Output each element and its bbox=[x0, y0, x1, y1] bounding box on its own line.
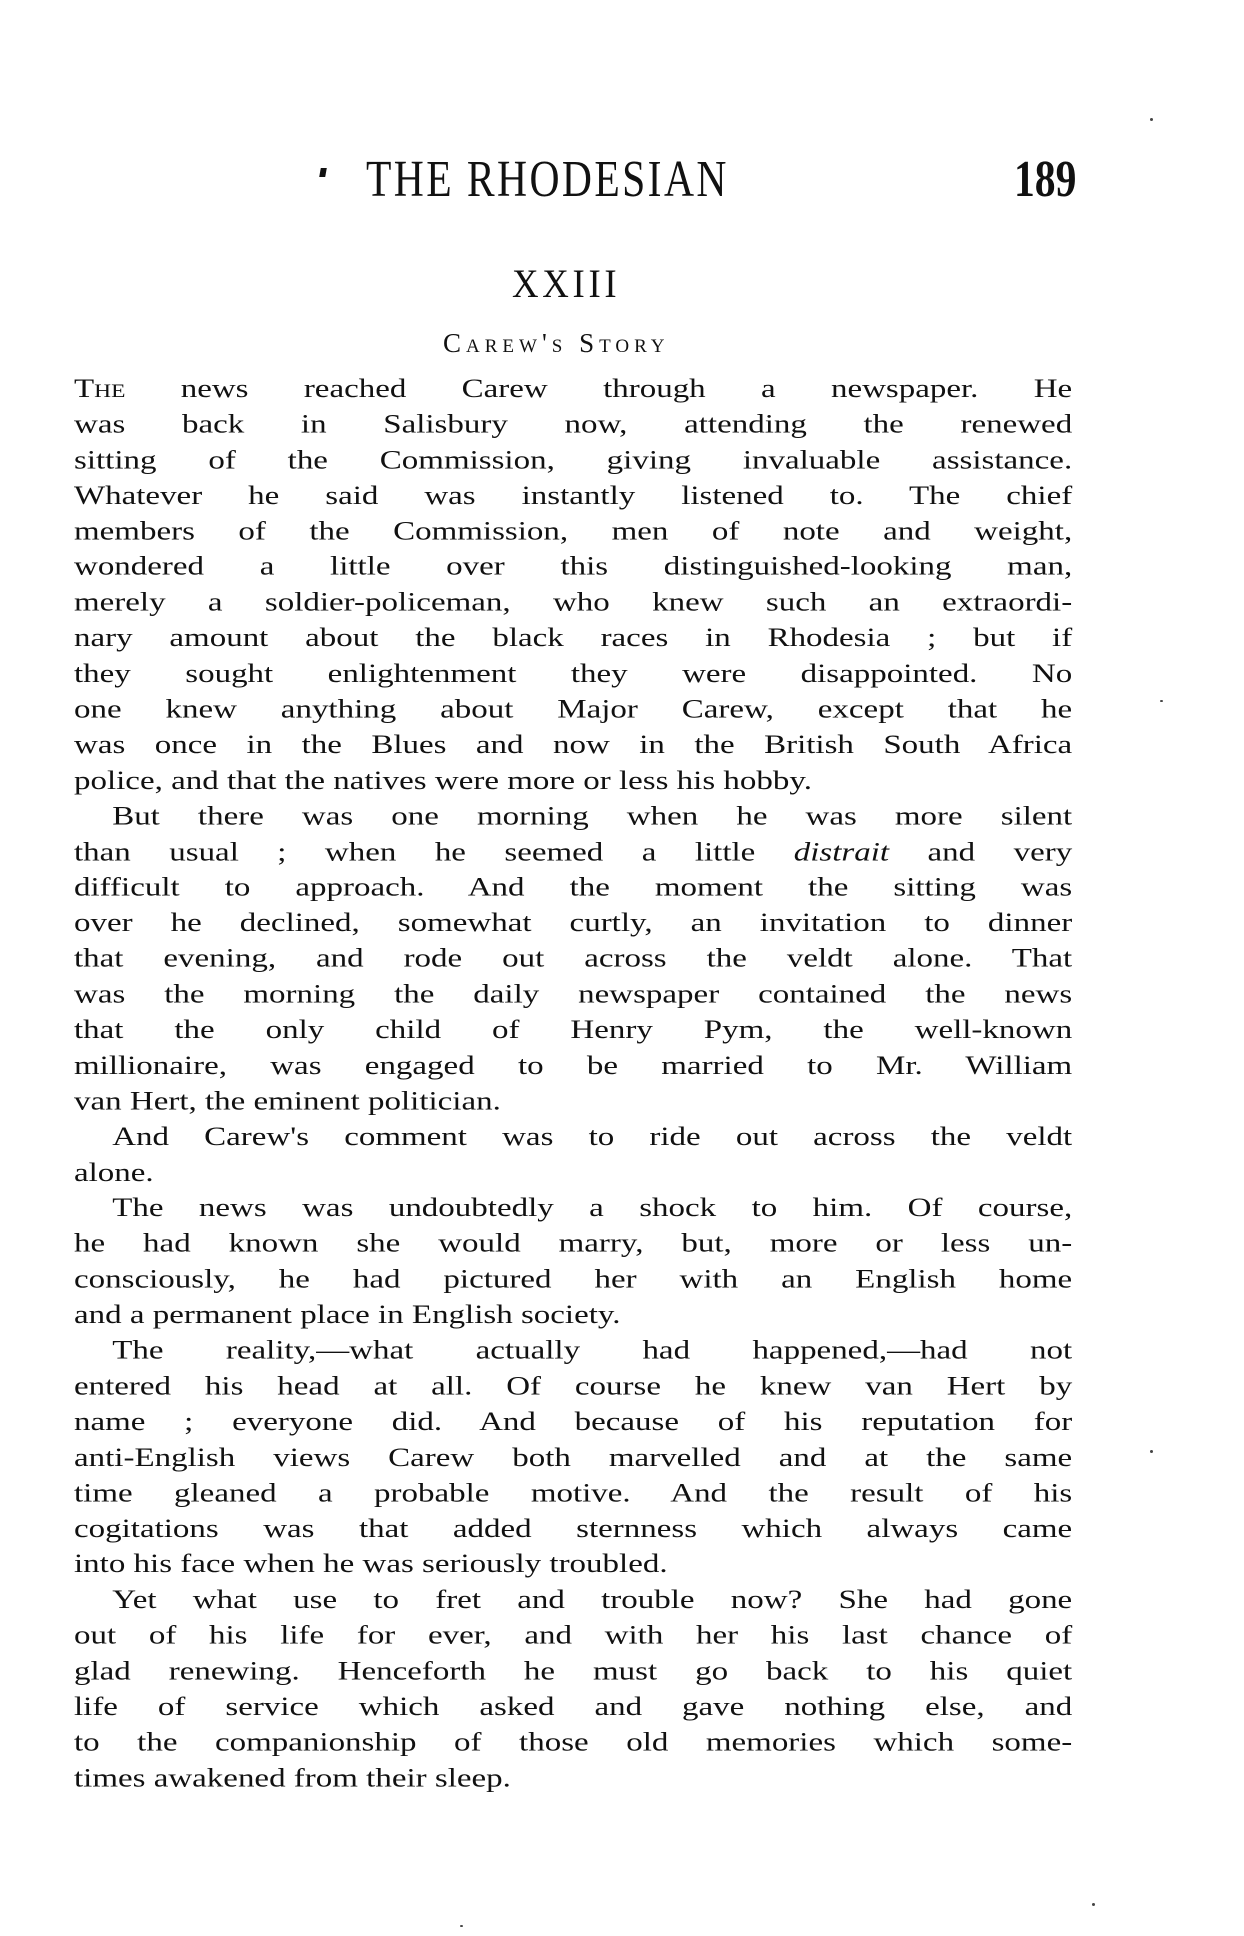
text-line: into his face when he was seriously trou… bbox=[74, 1547, 1072, 1583]
line-text: news reached Carew through a newspaper. … bbox=[125, 374, 1072, 403]
chapter-number: XXIII bbox=[512, 262, 620, 306]
text-line: sitting of the Commission, giving invalu… bbox=[74, 442, 1072, 478]
text-line: life of service which asked and gave not… bbox=[74, 1689, 1072, 1725]
text-line: name ; everyone did. And because of his … bbox=[74, 1404, 1072, 1440]
scan-speck bbox=[1150, 118, 1153, 121]
text-line: anti-English views Carew both marvelled … bbox=[74, 1440, 1072, 1476]
text-line: Whatever he said was instantly listened … bbox=[74, 478, 1072, 514]
text-line: that the only child of Henry Pym, the we… bbox=[74, 1012, 1072, 1048]
text-line: times awakened from their sleep. bbox=[74, 1760, 1072, 1796]
text-line: was once in the Blues and now in the Bri… bbox=[74, 727, 1072, 763]
text-line: that evening, and rode out across the ve… bbox=[74, 941, 1072, 977]
text-line: The reality,—what actually had happened,… bbox=[74, 1333, 1072, 1369]
text-line: nary amount about the black races in Rho… bbox=[74, 620, 1072, 656]
text-line: entered his head at all. Of course he kn… bbox=[74, 1368, 1072, 1404]
text-line: alone. bbox=[74, 1155, 1072, 1191]
text-line: to the companionship of those old memori… bbox=[74, 1725, 1072, 1761]
text-line: out of his life for ever, and with her h… bbox=[74, 1618, 1072, 1654]
text-line: wondered a little over this distinguishe… bbox=[74, 549, 1072, 585]
text-line: police, and that the natives were more o… bbox=[74, 763, 1072, 799]
text-line: and a permanent place in English society… bbox=[74, 1297, 1072, 1333]
line-text: and very bbox=[889, 837, 1072, 866]
text-line: one knew anything about Major Carew, exc… bbox=[74, 692, 1072, 728]
page-number: 189 bbox=[1014, 150, 1076, 210]
text-line: Yet what use to fret and trouble now? Sh… bbox=[74, 1582, 1072, 1618]
text-line: they sought enlightenment they were disa… bbox=[74, 656, 1072, 692]
text-line: members of the Commission, men of note a… bbox=[74, 513, 1072, 549]
text-line: millionaire, was engaged to be married t… bbox=[74, 1048, 1072, 1084]
scan-speck bbox=[1092, 1903, 1095, 1906]
chapter-title: Carew's Story bbox=[443, 328, 669, 358]
body-text: The news reached Carew through a newspap… bbox=[74, 371, 1072, 1796]
text-line: cogitations was that added sternness whi… bbox=[74, 1511, 1072, 1547]
text-line: glad renewing. Henceforth he must go bac… bbox=[74, 1653, 1072, 1689]
line-text: than usual ; when he seemed a little bbox=[74, 837, 794, 866]
text-line: The news reached Carew through a newspap… bbox=[74, 371, 1072, 407]
text-line: consciously, he had pictured her with an… bbox=[74, 1262, 1072, 1298]
text-line: over he declined, somewhat curtly, an in… bbox=[74, 905, 1072, 941]
text-line: merely a soldier-policeman, who knew suc… bbox=[74, 585, 1072, 621]
text-line: was the morning the daily newspaper cont… bbox=[74, 977, 1072, 1013]
scan-speck bbox=[460, 1925, 463, 1927]
text-line: time gleaned a probable motive. And the … bbox=[74, 1475, 1072, 1511]
text-line: difficult to approach. And the moment th… bbox=[74, 870, 1072, 906]
text-line: was back in Salisbury now, attending the… bbox=[74, 407, 1072, 443]
scan-speck bbox=[1150, 1450, 1153, 1453]
scan-speck bbox=[1160, 700, 1163, 702]
text-line: than usual ; when he seemed a little dis… bbox=[74, 834, 1072, 870]
running-title: THE RHODESIAN bbox=[366, 150, 729, 210]
text-line: And Carew's comment was to ride out acro… bbox=[74, 1119, 1072, 1155]
text-line: But there was one morning when he was mo… bbox=[74, 798, 1072, 834]
ornament-mark bbox=[319, 168, 327, 177]
italic-word: distrait bbox=[794, 837, 889, 866]
text-line: he had known she would marry, but, more … bbox=[74, 1226, 1072, 1262]
small-caps-lead: The bbox=[74, 374, 125, 403]
text-line: van Hert, the eminent politician. bbox=[74, 1083, 1072, 1119]
text-line: The news was undoubtedly a shock to him.… bbox=[74, 1190, 1072, 1226]
